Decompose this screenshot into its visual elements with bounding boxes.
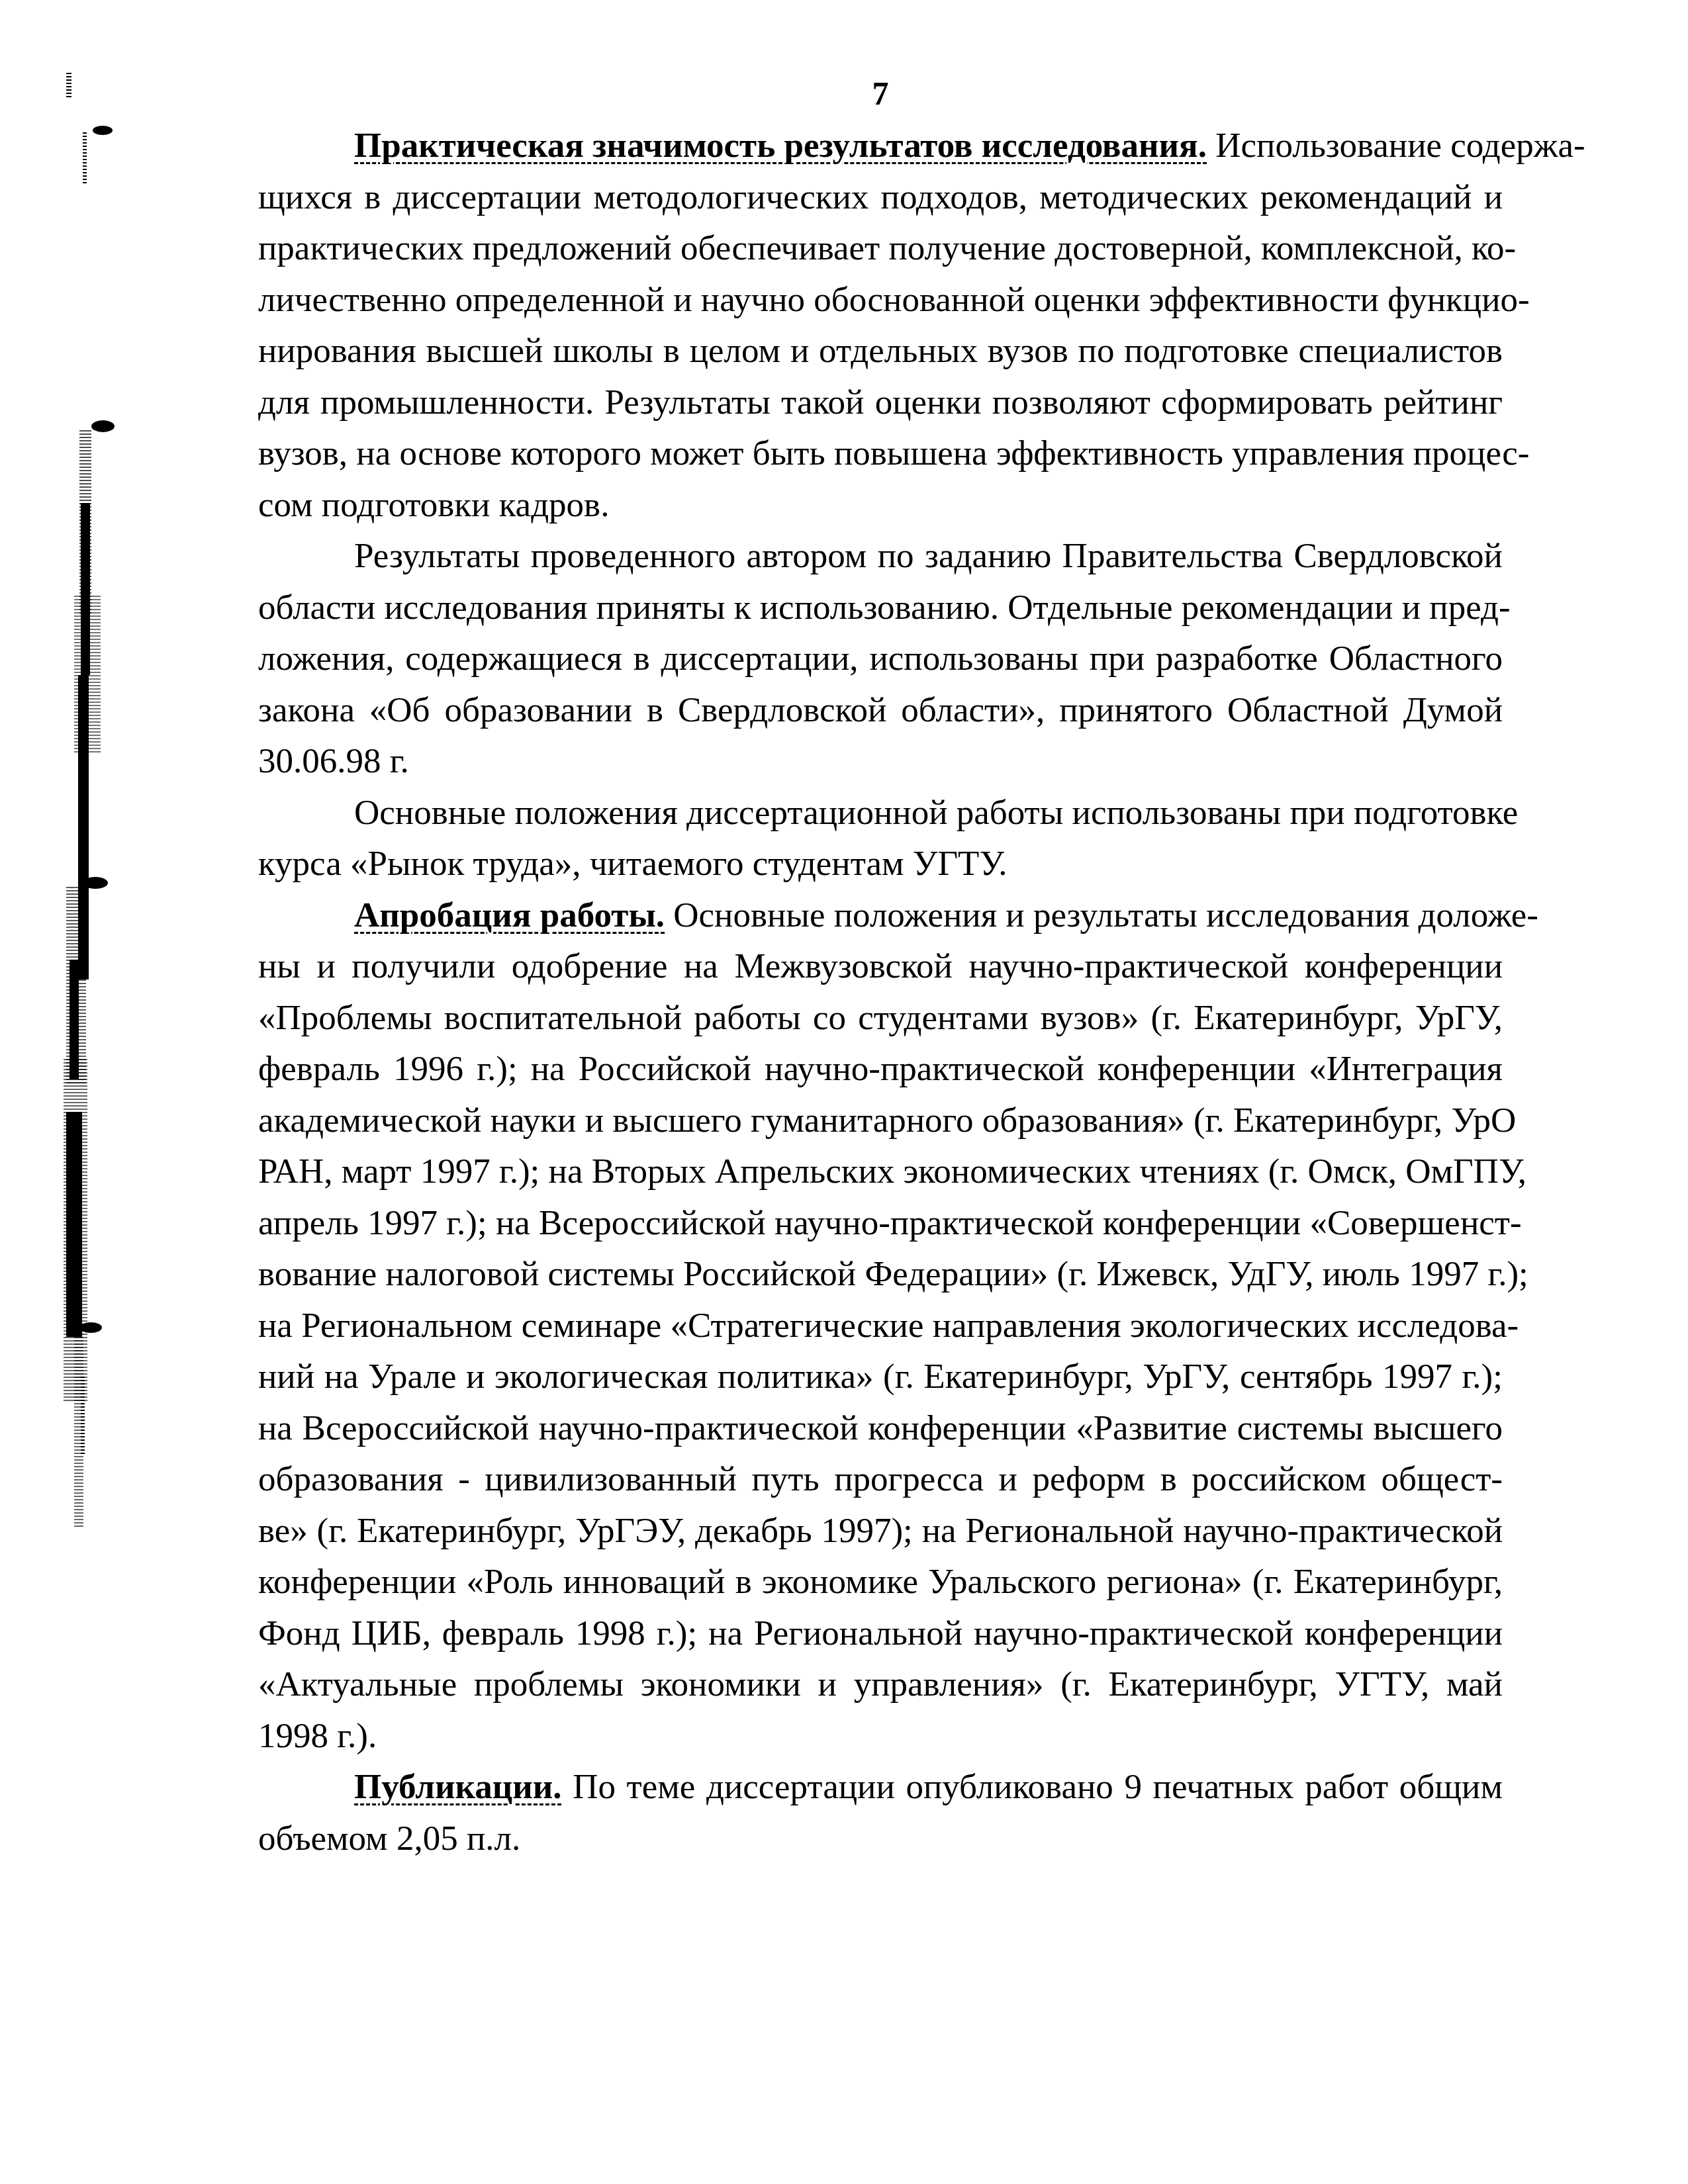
text-line: Практическая значимость результатов иссл… (258, 120, 1503, 172)
text-line: ний на Урале и экологическая политика» (… (258, 1351, 1503, 1403)
text-line: Фонд ЦИБ, февраль 1998 г.); на Региональ… (258, 1608, 1503, 1660)
text-line: Апробация работы. Основные положения и р… (258, 890, 1503, 942)
text-line: Публикации. По теме диссертации опублико… (258, 1762, 1503, 1813)
text-line: Основные положения диссертационной работ… (258, 788, 1503, 839)
text-line: 30.06.98 г. (258, 736, 1503, 788)
text-line: академической науки и высшего гуманитарн… (258, 1095, 1503, 1147)
scan-binding-edge (0, 0, 172, 2184)
text-line: апрель 1997 г.); на Всероссийской научно… (258, 1198, 1503, 1250)
text-line: для промышленности. Результаты такой оце… (258, 377, 1503, 429)
text-line: ложения, содержащиеся в диссертации, исп… (258, 633, 1503, 685)
text-line: на Региональном семинаре «Стратегические… (258, 1300, 1503, 1352)
text-line: Результаты проведенного автором по задан… (258, 531, 1503, 582)
text-line: нирования высшей школы в целом и отдельн… (258, 326, 1503, 377)
paragraph-practical-significance: Практическая значимость результатов иссл… (258, 120, 1503, 531)
text-line: вузов, на основе которого может быть пов… (258, 428, 1503, 480)
text-line: ны и получили одобрение на Межвузовской … (258, 941, 1503, 993)
text-line: 1998 г.). (258, 1711, 1503, 1762)
text-line: сом подготовки кадров. (258, 480, 1503, 531)
text-line: образования - цивилизованный путь прогре… (258, 1454, 1503, 1506)
section-heading-publications: Публикации. (354, 1768, 562, 1806)
text-line: щихся в диссертации методологических под… (258, 172, 1503, 224)
text-line: «Проблемы воспитательной работы со студе… (258, 993, 1503, 1044)
text-line: закона «Об образовании в Свердловской об… (258, 685, 1503, 737)
document-page: 7 Практическая значимость результатов ис… (0, 0, 1688, 2184)
text-line: курса «Рынок труда», читаемого студентам… (258, 839, 1503, 890)
paragraph-course-usage: Основные положения диссертационной работ… (258, 788, 1503, 890)
text-line: личественно определенной и научно обосно… (258, 275, 1503, 326)
text-line: ве» (г. Екатеринбург, УрГЭУ, декабрь 199… (258, 1506, 1503, 1557)
document-body: Практическая значимость результатов иссл… (258, 120, 1503, 1864)
text-line: практических предложений обеспечивает по… (258, 223, 1503, 275)
paragraph-approbation: Апробация работы. Основные положения и р… (258, 890, 1503, 1762)
text-line: объемом 2,05 п.л. (258, 1813, 1503, 1865)
paragraph-results-adoption: Результаты проведенного автором по задан… (258, 531, 1503, 788)
text-line: конференции «Роль инноваций в экономике … (258, 1557, 1503, 1608)
text-line: вование налоговой системы Российской Фед… (258, 1249, 1503, 1300)
text-line: на Всероссийской научно-практической кон… (258, 1403, 1503, 1455)
text-line: области исследования приняты к использов… (258, 582, 1503, 634)
section-heading-approbation: Апробация работы. (354, 896, 665, 934)
text-line: февраль 1996 г.); на Российской научно-п… (258, 1044, 1503, 1095)
text-line: РАН, март 1997 г.); на Вторых Апрельских… (258, 1146, 1503, 1198)
paragraph-publications: Публикации. По теме диссертации опублико… (258, 1762, 1503, 1864)
page-number: 7 (861, 74, 900, 113)
text-line: «Актуальные проблемы экономики и управле… (258, 1659, 1503, 1711)
section-heading-practical-significance: Практическая значимость результатов иссл… (354, 126, 1207, 165)
